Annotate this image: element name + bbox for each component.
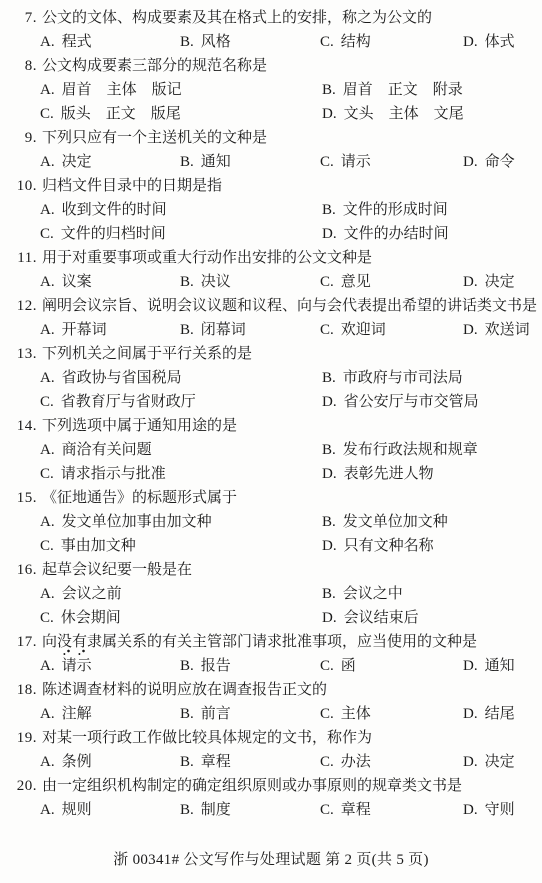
option-letter: C. bbox=[40, 106, 54, 122]
option-text: 文件的归档时间 bbox=[61, 226, 166, 242]
option: B.会议之中 bbox=[322, 582, 403, 606]
question-stem-line: 9.下列只应有一个主送机关的文种是 bbox=[0, 126, 542, 150]
question-block: 12.阐明会议宗旨、说明会议议题和议程、向与会代表提出希望的讲话类文书是A.开幕… bbox=[0, 294, 542, 342]
option-letter: B. bbox=[322, 442, 336, 458]
option-text: 文件的办结时间 bbox=[344, 226, 449, 242]
exam-scan-page: 7.公文的文体、构成要素及其在格式上的安排，称之为公文的A.程式B.风格C.结构… bbox=[0, 0, 542, 883]
option-letter: B. bbox=[322, 514, 336, 530]
question-stem-line: 13.下列机关之间属于平行关系的是 bbox=[0, 342, 542, 366]
option-letter: D. bbox=[322, 538, 337, 554]
option-text: 命令 bbox=[485, 154, 515, 170]
option-letter: D. bbox=[463, 658, 478, 674]
question-stem: 陈述调查材料的说明应放在调查报告正文的 bbox=[42, 682, 327, 698]
option-letter: A. bbox=[40, 754, 55, 770]
option-text: 省教育厅与省财政厅 bbox=[61, 394, 196, 410]
option-letter: D. bbox=[463, 754, 478, 770]
question-stem-line: 19.对某一项行政工作做比较具体规定的文书，称作为 bbox=[0, 726, 542, 750]
option-text: 规则 bbox=[62, 802, 92, 818]
question-block: 10.归档文件目录中的日期是指A.收到文件的时间B.文件的形成时间C.文件的归档… bbox=[0, 174, 542, 246]
option: D.决定 bbox=[463, 270, 515, 294]
question-stem-line: 16.起草会议纪要一般是在 bbox=[0, 558, 542, 582]
option-letter: A. bbox=[40, 274, 55, 290]
question-number: 10. bbox=[0, 174, 37, 198]
option-letter: A. bbox=[40, 154, 55, 170]
option: C.省教育厅与省财政厅 bbox=[40, 390, 196, 414]
option-text: 通知 bbox=[201, 154, 231, 170]
question-number: 11. bbox=[0, 246, 37, 270]
question-number: 16. bbox=[0, 558, 37, 582]
option-letter: B. bbox=[180, 754, 194, 770]
option-text: 决议 bbox=[201, 274, 231, 290]
option-row: A.请示B.报告C.函D.通知 bbox=[0, 654, 542, 678]
option-letter: C. bbox=[40, 226, 54, 242]
option-letter: D. bbox=[463, 154, 478, 170]
option-row: A.规则B.制度C.章程D.守则 bbox=[0, 798, 542, 822]
option-letter: B. bbox=[322, 586, 336, 602]
question-stem: 下列只应有一个主送机关的文种是 bbox=[42, 130, 267, 146]
option-text: 请求指示与批准 bbox=[61, 466, 166, 482]
option-text: 省公安厅与市交管局 bbox=[344, 394, 479, 410]
option-letter: C. bbox=[40, 394, 54, 410]
option-text: 眉首 正文 附录 bbox=[343, 82, 463, 98]
option-letter: A. bbox=[40, 586, 55, 602]
question-stem-line: 8.公文构成要素三部分的规范名称是 bbox=[0, 54, 542, 78]
option: B.前言 bbox=[180, 702, 231, 726]
option-letter: B. bbox=[180, 34, 194, 50]
option: D.文头 主体 文尾 bbox=[322, 102, 464, 126]
question-block: 15.《征地通告》的标题形式属于A.发文单位加事由加文种B.发文单位加文种C.事… bbox=[0, 486, 542, 558]
option-text: 闭幕词 bbox=[201, 322, 246, 338]
option-letter: D. bbox=[463, 274, 478, 290]
option: A.省政协与省国税局 bbox=[40, 366, 182, 390]
option-text: 前言 bbox=[201, 706, 231, 722]
option-letter: D. bbox=[463, 802, 478, 818]
option: A.注解 bbox=[40, 702, 92, 726]
option-letter: C. bbox=[320, 802, 334, 818]
option: D.结尾 bbox=[463, 702, 515, 726]
question-stem: 向没有隶属关系的有关主管部门请求批准事项，应当使用的文种是 bbox=[42, 634, 477, 650]
option-letter: D. bbox=[463, 322, 478, 338]
option-row: C.省教育厅与省财政厅D.省公安厅与市交管局 bbox=[0, 390, 542, 414]
question-block: 8.公文构成要素三部分的规范名称是A.眉首 主体 版记B.眉首 正文 附录C.版… bbox=[0, 54, 542, 126]
option-row: A.眉首 主体 版记B.眉首 正文 附录 bbox=[0, 78, 542, 102]
question-stem: 由一定组织机构制定的确定组织原则或办事原则的规章类文书是 bbox=[42, 778, 462, 794]
option-text: 决定 bbox=[62, 154, 92, 170]
option-text: 体式 bbox=[485, 34, 515, 50]
question-stem: 公文的文体、构成要素及其在格式上的安排，称之为公文的 bbox=[42, 10, 432, 26]
option-text: 发文单位加文种 bbox=[343, 514, 448, 530]
question-block: 11.用于对重要事项或重大行动作出安排的公文文种是A.议案B.决议C.意见D.决… bbox=[0, 246, 542, 294]
option-letter: A. bbox=[40, 802, 55, 818]
option-letter: A. bbox=[40, 34, 55, 50]
option-letter: C. bbox=[320, 658, 334, 674]
question-stem: 用于对重要事项或重大行动作出安排的公文文种是 bbox=[42, 250, 372, 266]
option-text: 省政协与省国税局 bbox=[62, 370, 182, 386]
option-letter: D. bbox=[322, 106, 337, 122]
option-letter: B. bbox=[180, 274, 194, 290]
question-stem: 起草会议纪要一般是在 bbox=[42, 562, 192, 578]
option: D.决定 bbox=[463, 750, 515, 774]
question-block: 9.下列只应有一个主送机关的文种是A.决定B.通知C.请示D.命令 bbox=[0, 126, 542, 174]
option-text: 结构 bbox=[341, 34, 371, 50]
stem-text-pre: 向 bbox=[42, 634, 57, 650]
option-letter: D. bbox=[322, 226, 337, 242]
question-stem: 下列选项中属于通知用途的是 bbox=[42, 418, 237, 434]
option: B.决议 bbox=[180, 270, 231, 294]
option-letter: B. bbox=[322, 202, 336, 218]
option-row: A.议案B.决议C.意见D.决定 bbox=[0, 270, 542, 294]
option-text: 议案 bbox=[62, 274, 92, 290]
option: B.发布行政法规和规章 bbox=[322, 438, 478, 462]
question-stem: 公文构成要素三部分的规范名称是 bbox=[42, 58, 267, 74]
option-row: C.版头 正文 版尾D.文头 主体 文尾 bbox=[0, 102, 542, 126]
question-stem: 归档文件目录中的日期是指 bbox=[42, 178, 222, 194]
option-letter: B. bbox=[180, 706, 194, 722]
option-letter: C. bbox=[320, 34, 334, 50]
option: D.会议结束后 bbox=[322, 606, 419, 630]
question-block: 7.公文的文体、构成要素及其在格式上的安排，称之为公文的A.程式B.风格C.结构… bbox=[0, 6, 542, 54]
option: D.命令 bbox=[463, 150, 515, 174]
option: C.结构 bbox=[320, 30, 371, 54]
option: A.开幕词 bbox=[40, 318, 107, 342]
option: C.意见 bbox=[320, 270, 371, 294]
option-text: 注解 bbox=[62, 706, 92, 722]
question-block: 20.由一定组织机构制定的确定组织原则或办事原则的规章类文书是A.规则B.制度C… bbox=[0, 774, 542, 822]
option: C.休会期间 bbox=[40, 606, 121, 630]
option-row: A.商洽有关问题B.发布行政法规和规章 bbox=[0, 438, 542, 462]
option-letter: A. bbox=[40, 322, 55, 338]
option-text: 会议之前 bbox=[62, 586, 122, 602]
option-text: 文头 主体 文尾 bbox=[344, 106, 464, 122]
option: C.请求指示与批准 bbox=[40, 462, 166, 486]
option-text: 欢迎词 bbox=[341, 322, 386, 338]
option: A.请示 bbox=[40, 654, 92, 678]
option-letter: B. bbox=[180, 154, 194, 170]
option: B.通知 bbox=[180, 150, 231, 174]
option: A.决定 bbox=[40, 150, 92, 174]
option-row: C.请求指示与批准D.表彰先进人物 bbox=[0, 462, 542, 486]
option: B.风格 bbox=[180, 30, 231, 54]
stem-text-post: 隶属关系的有关主管部门请求批准事项，应当使用的文种是 bbox=[87, 634, 477, 650]
question-number: 20. bbox=[0, 774, 37, 798]
option-letter: B. bbox=[180, 322, 194, 338]
question-stem: 阐明会议宗旨、说明会议议题和议程、向与会代表提出希望的讲话类文书是 bbox=[42, 298, 537, 314]
option-text: 决定 bbox=[485, 274, 515, 290]
stem-text-emphasized: 没有 bbox=[57, 634, 87, 653]
option-letter: C. bbox=[320, 706, 334, 722]
option: C.办法 bbox=[320, 750, 371, 774]
question-number: 9. bbox=[0, 126, 37, 150]
option: B.文件的形成时间 bbox=[322, 198, 448, 222]
question-number: 13. bbox=[0, 342, 37, 366]
question-number: 17. bbox=[0, 630, 37, 654]
option-text: 程式 bbox=[62, 34, 92, 50]
question-stem: 下列机关之间属于平行关系的是 bbox=[42, 346, 252, 362]
option: A.条例 bbox=[40, 750, 92, 774]
option-letter: B. bbox=[180, 802, 194, 818]
option: B.报告 bbox=[180, 654, 231, 678]
option: C.主体 bbox=[320, 702, 371, 726]
option-letter: B. bbox=[322, 370, 336, 386]
option-row: A.收到文件的时间B.文件的形成时间 bbox=[0, 198, 542, 222]
option-letter: C. bbox=[40, 466, 54, 482]
option-row: A.发文单位加事由加文种B.发文单位加文种 bbox=[0, 510, 542, 534]
option-row: C.事由加文种D.只有文种名称 bbox=[0, 534, 542, 558]
option: D.文件的办结时间 bbox=[322, 222, 449, 246]
question-stem-line: 10.归档文件目录中的日期是指 bbox=[0, 174, 542, 198]
option: B.章程 bbox=[180, 750, 231, 774]
option-text: 发文单位加事由加文种 bbox=[62, 514, 212, 530]
option-letter: B. bbox=[322, 82, 336, 98]
option-letter: C. bbox=[320, 154, 334, 170]
option: C.文件的归档时间 bbox=[40, 222, 166, 246]
option-letter: B. bbox=[180, 658, 194, 674]
option: A.收到文件的时间 bbox=[40, 198, 167, 222]
option-row: A.省政协与省国税局B.市政府与市司法局 bbox=[0, 366, 542, 390]
option-letter: A. bbox=[40, 370, 55, 386]
option: C.章程 bbox=[320, 798, 371, 822]
option-text: 决定 bbox=[485, 754, 515, 770]
option-text: 制度 bbox=[201, 802, 231, 818]
option-text: 请示 bbox=[341, 154, 371, 170]
option-letter: D. bbox=[322, 610, 337, 626]
question-block: 17.向没有隶属关系的有关主管部门请求批准事项，应当使用的文种是A.请示B.报告… bbox=[0, 630, 542, 678]
option-text: 商洽有关问题 bbox=[62, 442, 152, 458]
option-row: A.会议之前B.会议之中 bbox=[0, 582, 542, 606]
option-letter: C. bbox=[320, 274, 334, 290]
question-block: 14.下列选项中属于通知用途的是A.商洽有关问题B.发布行政法规和规章C.请求指… bbox=[0, 414, 542, 486]
option-text: 请示 bbox=[62, 658, 92, 674]
option-letter: D. bbox=[463, 34, 478, 50]
question-stem-line: 15.《征地通告》的标题形式属于 bbox=[0, 486, 542, 510]
question-number: 15. bbox=[0, 486, 37, 510]
question-number: 19. bbox=[0, 726, 37, 750]
option-letter: C. bbox=[320, 322, 334, 338]
option: D.省公安厅与市交管局 bbox=[322, 390, 479, 414]
option: A.发文单位加事由加文种 bbox=[40, 510, 212, 534]
option-text: 只有文种名称 bbox=[344, 538, 434, 554]
question-stem-line: 20.由一定组织机构制定的确定组织原则或办事原则的规章类文书是 bbox=[0, 774, 542, 798]
option-row: A.程式B.风格C.结构D.体式 bbox=[0, 30, 542, 54]
question-stem: 对某一项行政工作做比较具体规定的文书，称作为 bbox=[42, 730, 372, 746]
option-row: C.文件的归档时间D.文件的办结时间 bbox=[0, 222, 542, 246]
question-number: 8. bbox=[0, 54, 37, 78]
question-number: 7. bbox=[0, 6, 37, 30]
option: D.只有文种名称 bbox=[322, 534, 434, 558]
option-text: 市政府与市司法局 bbox=[343, 370, 463, 386]
option: B.眉首 正文 附录 bbox=[322, 78, 463, 102]
option: C.函 bbox=[320, 654, 356, 678]
option-text: 章程 bbox=[201, 754, 231, 770]
question-block: 18.陈述调查材料的说明应放在调查报告正文的A.注解B.前言C.主体D.结尾 bbox=[0, 678, 542, 726]
option: B.闭幕词 bbox=[180, 318, 246, 342]
option-row: A.条例B.章程C.办法D.决定 bbox=[0, 750, 542, 774]
option: B.市政府与市司法局 bbox=[322, 366, 463, 390]
option-text: 会议之中 bbox=[343, 586, 403, 602]
option-text: 报告 bbox=[201, 658, 231, 674]
option: D.欢送词 bbox=[463, 318, 530, 342]
option-letter: D. bbox=[463, 706, 478, 722]
option: D.守则 bbox=[463, 798, 515, 822]
option-text: 守则 bbox=[485, 802, 515, 818]
option-text: 版头 正文 版尾 bbox=[61, 106, 181, 122]
option-letter: A. bbox=[40, 658, 55, 674]
option-text: 结尾 bbox=[485, 706, 515, 722]
question-list: 7.公文的文体、构成要素及其在格式上的安排，称之为公文的A.程式B.风格C.结构… bbox=[0, 0, 542, 822]
option: A.议案 bbox=[40, 270, 92, 294]
question-stem: 《征地通告》的标题形式属于 bbox=[42, 490, 237, 506]
option-row: A.开幕词B.闭幕词C.欢迎词D.欢送词 bbox=[0, 318, 542, 342]
option: B.发文单位加文种 bbox=[322, 510, 448, 534]
option-letter: C. bbox=[320, 754, 334, 770]
option-text: 函 bbox=[341, 658, 356, 674]
option: B.制度 bbox=[180, 798, 231, 822]
option-text: 发布行政法规和规章 bbox=[343, 442, 478, 458]
option: A.商洽有关问题 bbox=[40, 438, 152, 462]
option-letter: C. bbox=[40, 538, 54, 554]
option-text: 开幕词 bbox=[62, 322, 107, 338]
question-stem-line: 14.下列选项中属于通知用途的是 bbox=[0, 414, 542, 438]
option: A.眉首 主体 版记 bbox=[40, 78, 182, 102]
option-text: 眉首 主体 版记 bbox=[62, 82, 182, 98]
option-text: 通知 bbox=[485, 658, 515, 674]
page-footer: 浙 00341# 公文写作与处理试题 第 2 页(共 5 页) bbox=[0, 848, 542, 869]
question-stem-line: 12.阐明会议宗旨、说明会议议题和议程、向与会代表提出希望的讲话类文书是 bbox=[0, 294, 542, 318]
option: D.体式 bbox=[463, 30, 515, 54]
option-letter: D. bbox=[322, 466, 337, 482]
option: D.通知 bbox=[463, 654, 515, 678]
option-text: 风格 bbox=[201, 34, 231, 50]
option-text: 办法 bbox=[341, 754, 371, 770]
option: D.表彰先进人物 bbox=[322, 462, 434, 486]
option-letter: A. bbox=[40, 514, 55, 530]
option: C.欢迎词 bbox=[320, 318, 386, 342]
question-stem-line: 7.公文的文体、构成要素及其在格式上的安排，称之为公文的 bbox=[0, 6, 542, 30]
option-text: 条例 bbox=[62, 754, 92, 770]
option-letter: C. bbox=[40, 610, 54, 626]
option-text: 表彰先进人物 bbox=[344, 466, 434, 482]
option: C.请示 bbox=[320, 150, 371, 174]
question-stem-line: 18.陈述调查材料的说明应放在调查报告正文的 bbox=[0, 678, 542, 702]
option: C.事由加文种 bbox=[40, 534, 136, 558]
option: A.规则 bbox=[40, 798, 92, 822]
question-block: 19.对某一项行政工作做比较具体规定的文书，称作为A.条例B.章程C.办法D.决… bbox=[0, 726, 542, 774]
option-text: 欢送词 bbox=[485, 322, 530, 338]
option: A.程式 bbox=[40, 30, 92, 54]
question-stem-line: 11.用于对重要事项或重大行动作出安排的公文文种是 bbox=[0, 246, 542, 270]
question-block: 16.起草会议纪要一般是在A.会议之前B.会议之中C.休会期间D.会议结束后 bbox=[0, 558, 542, 630]
option-text: 主体 bbox=[341, 706, 371, 722]
question-number: 12. bbox=[0, 294, 37, 318]
question-number: 14. bbox=[0, 414, 37, 438]
option-text: 意见 bbox=[341, 274, 371, 290]
option-letter: D. bbox=[322, 394, 337, 410]
question-block: 13.下列机关之间属于平行关系的是A.省政协与省国税局B.市政府与市司法局C.省… bbox=[0, 342, 542, 414]
option: C.版头 正文 版尾 bbox=[40, 102, 181, 126]
option-text: 会议结束后 bbox=[344, 610, 419, 626]
question-number: 18. bbox=[0, 678, 37, 702]
question-stem-line: 17.向没有隶属关系的有关主管部门请求批准事项，应当使用的文种是 bbox=[0, 630, 542, 654]
option-letter: A. bbox=[40, 82, 55, 98]
option-text: 文件的形成时间 bbox=[343, 202, 448, 218]
option-text: 章程 bbox=[341, 802, 371, 818]
option-row: A.决定B.通知C.请示D.命令 bbox=[0, 150, 542, 174]
option-letter: A. bbox=[40, 706, 55, 722]
option-text: 收到文件的时间 bbox=[62, 202, 167, 218]
option-row: C.休会期间D.会议结束后 bbox=[0, 606, 542, 630]
option-letter: A. bbox=[40, 202, 55, 218]
option-text: 休会期间 bbox=[61, 610, 121, 626]
option-row: A.注解B.前言C.主体D.结尾 bbox=[0, 702, 542, 726]
option-text: 事由加文种 bbox=[61, 538, 136, 554]
option: A.会议之前 bbox=[40, 582, 122, 606]
option-letter: A. bbox=[40, 442, 55, 458]
